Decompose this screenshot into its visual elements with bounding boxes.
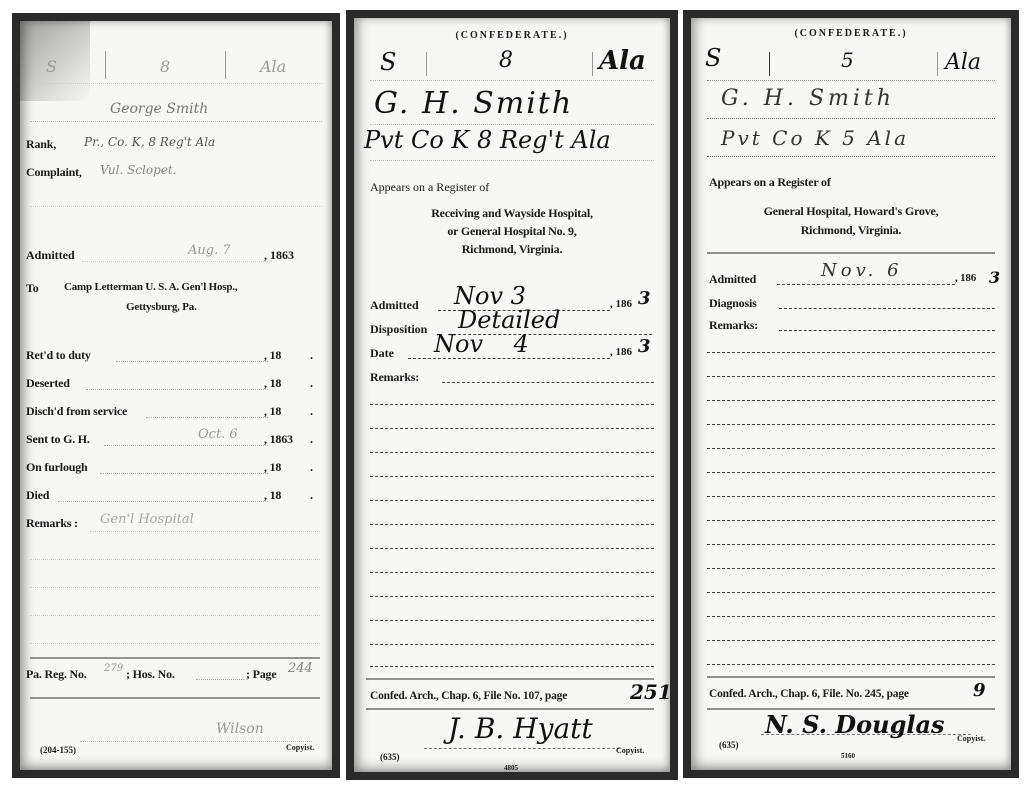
copyist-label: Copyist.	[957, 734, 985, 743]
divider-rule	[366, 678, 654, 680]
dashed-line	[370, 666, 654, 667]
dashed-line	[707, 616, 995, 617]
unit-handwritten: Pvt Co K 8 Reg't Ala	[364, 126, 611, 154]
dashed-line	[707, 544, 995, 545]
dashed-line	[370, 548, 654, 549]
divider-rule	[366, 708, 654, 710]
admitted-label: Admitted	[26, 248, 75, 263]
archive-page-value: 251	[630, 680, 670, 704]
card-wayside-hospital: (CONFEDERATE.) S 8 Ala G. H. Smith Pvt C…	[346, 10, 678, 780]
field-year: , 18	[264, 404, 281, 419]
field-label: Disch'd from service	[26, 404, 127, 419]
divider-rule	[707, 676, 995, 678]
page-label: ; Page	[246, 667, 276, 682]
archive-page-value: 9	[973, 680, 986, 701]
page-value: 244	[288, 661, 313, 676]
card-howards-grove: (CONFEDERATE.) S 5 Ala G. H. Smith Pvt C…	[683, 10, 1019, 778]
field-year-hand: 3	[638, 336, 651, 357]
period: .	[310, 404, 313, 419]
dashed-line	[370, 572, 654, 573]
hos-label: ; Hos. No.	[126, 667, 175, 682]
dotted-line	[30, 559, 320, 560]
field-label: Sent to G. H.	[26, 432, 90, 447]
divider	[769, 52, 770, 76]
field-label: On furlough	[26, 460, 88, 475]
dotted-line	[370, 160, 654, 161]
dashed-line	[707, 568, 995, 569]
dashed-line	[370, 644, 654, 645]
field-year: , 18	[264, 460, 281, 475]
dotted-line	[146, 417, 268, 418]
header-state: S	[705, 44, 721, 72]
dotted-line	[86, 389, 268, 390]
archive-reference: Confed. Arch., Chap. 6, File. No. 245, p…	[709, 688, 909, 700]
dashed-line	[707, 352, 995, 353]
dashed-line	[779, 308, 995, 309]
signature-line	[80, 741, 312, 742]
dotted-line	[707, 80, 995, 81]
divider-rule	[30, 657, 320, 659]
period: .	[310, 460, 313, 475]
dashed-line	[370, 500, 654, 501]
dotted-line	[370, 124, 654, 125]
field-label: Ret'd to duty	[26, 348, 91, 363]
register-line-3: Richmond, Virginia.	[354, 242, 670, 257]
complaint-label: Complaint,	[26, 165, 82, 180]
register-line-2: or General Hospital No. 9,	[354, 224, 670, 239]
field-label: Disposition	[370, 322, 427, 337]
dashed-line	[408, 358, 610, 359]
remarks-value: Gen'l Hospital	[100, 512, 194, 527]
appears-label: Appears on a Register of	[370, 180, 489, 195]
dotted-line	[90, 531, 320, 532]
dotted-line	[104, 445, 268, 446]
dotted-line	[30, 587, 320, 588]
register-line-1: Receiving and Wayside Hospital,	[354, 206, 670, 221]
field-year: , 186	[955, 272, 976, 284]
header-state-abbr: Ala	[599, 46, 646, 76]
card-paper: S 8 Ala George Smith Rank, Pr., Co. K, 8…	[20, 21, 332, 770]
register-line-1: General Hospital, Howard's Grove,	[691, 204, 1011, 219]
soldier-name: George Smith	[110, 101, 208, 117]
dotted-line	[58, 501, 268, 502]
field-label: Admitted	[370, 298, 419, 313]
dashed-line	[707, 424, 995, 425]
field-label: Died	[26, 488, 49, 503]
to-place-line1: Camp Letterman U. S. A. Gen'l Hosp.,	[64, 281, 237, 293]
dotted-line	[82, 261, 272, 262]
form-number: (635)	[719, 740, 739, 750]
dotted-line	[707, 156, 995, 157]
reg-label: Pa. Reg. No.	[26, 667, 87, 682]
field-year: , 18	[264, 348, 281, 363]
field-label: Date	[370, 346, 394, 361]
field-year-hand: 3	[638, 288, 651, 309]
field-year: , 186	[610, 346, 632, 358]
dashed-line	[707, 400, 995, 401]
copyist-label: Copyist.	[286, 743, 314, 752]
header-regiment: 5	[841, 48, 854, 72]
soldier-name: G. H. Smith	[374, 86, 573, 121]
field-year: , 186	[610, 298, 632, 310]
dotted-line	[370, 80, 654, 81]
confederate-header: (CONFEDERATE.)	[691, 28, 1011, 39]
field-value: Nov. 6	[821, 260, 903, 281]
divider-rule	[30, 697, 320, 699]
copyist-signature: J. B. Hyatt	[448, 712, 593, 745]
field-label: Admitted	[709, 272, 756, 287]
dashed-line	[370, 596, 654, 597]
dashed-line	[370, 428, 654, 429]
dashed-line	[707, 592, 995, 593]
register-line-2: Richmond, Virginia.	[691, 223, 1011, 238]
signature-line	[424, 748, 620, 749]
confederate-header: (CONFEDERATE.)	[354, 30, 670, 41]
dashed-line	[370, 452, 654, 453]
copyist-signature: Wilson	[216, 721, 264, 737]
appears-label: Appears on a Register of	[709, 175, 831, 190]
card-camp-letterman: S 8 Ala George Smith Rank, Pr., Co. K, 8…	[12, 13, 340, 778]
field-label: Deserted	[26, 376, 70, 391]
dashed-line	[707, 376, 995, 377]
dotted-line	[100, 473, 268, 474]
remarks-label: Remarks:	[370, 370, 419, 385]
field-label: Remarks:	[709, 318, 758, 333]
dashed-line	[779, 330, 995, 331]
divider	[592, 52, 593, 76]
archive-reference: Confed. Arch., Chap. 6, File No. 107, pa…	[370, 690, 567, 702]
dashed-line	[707, 496, 995, 497]
dashed-line	[370, 620, 654, 621]
divider	[105, 51, 106, 79]
dotted-line	[30, 121, 322, 122]
dashed-line	[707, 520, 995, 521]
field-value: Nov 4	[434, 330, 529, 358]
rank-value: Pr., Co. K, 8 Reg't Ala	[84, 135, 215, 149]
dotted-line	[196, 679, 244, 680]
period: .	[310, 432, 313, 447]
field-value: Oct. 6	[198, 427, 238, 442]
dashed-line	[707, 640, 995, 641]
card-paper: (CONFEDERATE.) S 5 Ala G. H. Smith Pvt C…	[691, 18, 1011, 770]
divider	[937, 52, 938, 76]
dotted-line	[30, 83, 322, 84]
remarks-label: Remarks :	[26, 516, 78, 531]
dashed-line	[707, 448, 995, 449]
header-state: S	[46, 57, 57, 76]
dashed-line	[707, 664, 995, 665]
field-year-hand: 3	[989, 268, 1000, 287]
divider	[225, 51, 226, 79]
copyist-label: Copyist.	[616, 746, 644, 755]
unit-handwritten: Pvt Co K 5 Ala	[721, 126, 909, 150]
dotted-line	[30, 643, 320, 644]
card-paper: (CONFEDERATE.) S 8 Ala G. H. Smith Pvt C…	[354, 18, 670, 772]
field-year: , 1863	[264, 432, 293, 447]
dotted-line	[30, 615, 320, 616]
dotted-line	[116, 361, 268, 362]
header-state-abbr: Ala	[260, 57, 286, 76]
form-number: (635)	[380, 752, 400, 762]
header-state: S	[380, 48, 396, 76]
print-number: 4805	[504, 764, 518, 772]
header-regiment: 8	[160, 57, 170, 76]
period: .	[310, 488, 313, 503]
field-label: Diagnosis	[709, 296, 757, 311]
divider-rule	[707, 252, 995, 254]
soldier-name: G. H. Smith	[721, 86, 895, 111]
period: .	[310, 348, 313, 363]
reg-value: 279	[104, 663, 123, 674]
dotted-line	[707, 118, 995, 119]
dashed-line	[777, 284, 955, 285]
divider	[426, 52, 427, 76]
dashed-line	[370, 524, 654, 525]
to-label: To	[26, 281, 39, 296]
form-number: (204-155)	[40, 745, 76, 755]
dashed-line	[707, 472, 995, 473]
dashed-line	[370, 476, 654, 477]
dashed-line	[442, 382, 654, 383]
to-place-line2: Gettysburg, Pa.	[126, 301, 197, 313]
rank-label: Rank,	[26, 137, 56, 152]
complaint-value: Vul. Sclopet.	[100, 163, 177, 177]
dotted-line	[30, 206, 322, 207]
field-year: , 18	[264, 376, 281, 391]
print-number: 5160	[841, 752, 855, 760]
admitted-value: Aug. 7	[188, 243, 231, 258]
header-state-abbr: Ala	[945, 50, 981, 75]
admitted-year: , 1863	[264, 248, 294, 263]
field-year: , 18	[264, 488, 281, 503]
period: .	[310, 376, 313, 391]
header-regiment: 8	[499, 48, 513, 73]
dashed-line	[370, 404, 654, 405]
copyist-signature: N. S. Douglas	[765, 710, 945, 739]
